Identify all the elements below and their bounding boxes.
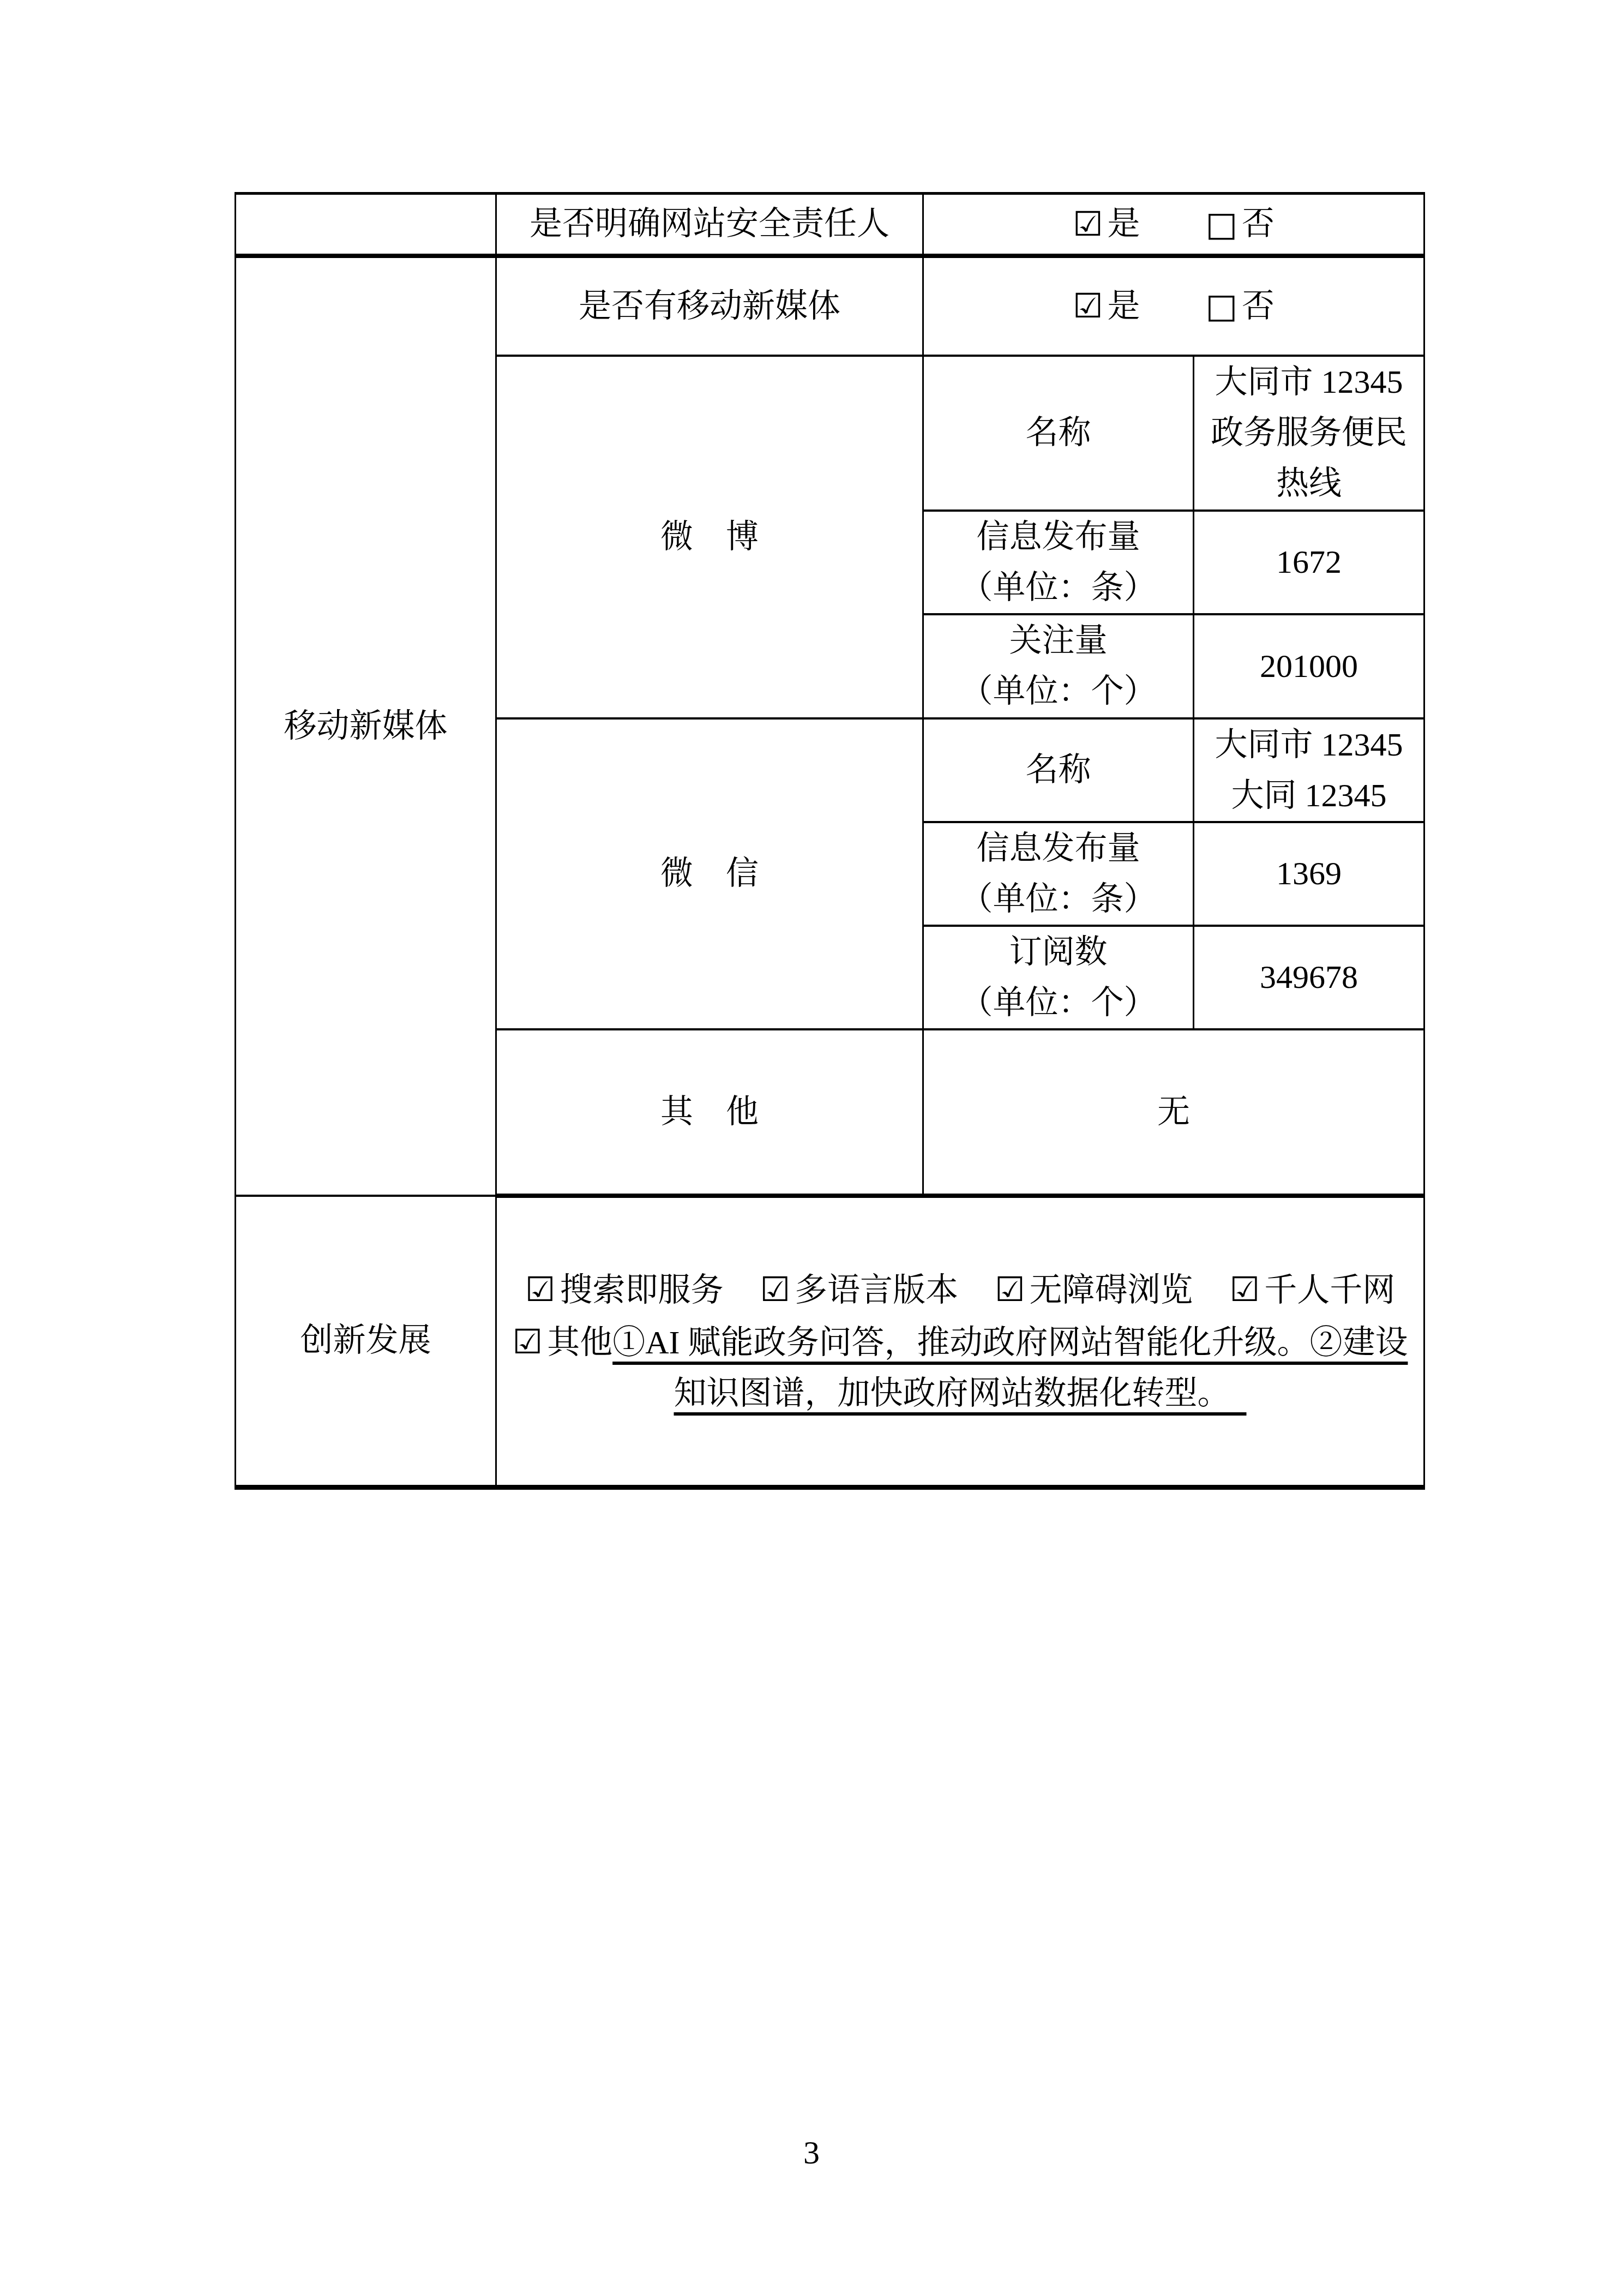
checkbox-unchecked-icon: □ [1206, 280, 1238, 332]
wechat-name-label: 名称 [923, 718, 1194, 822]
innovation-option: ☑搜索即服务 [525, 1272, 724, 1308]
innovation-option-label: 多语言版本 [795, 1272, 958, 1308]
innovation-option-label: 千人千网 [1264, 1272, 1395, 1308]
security-no-option: □否 [1206, 198, 1275, 250]
table-row-security: 是否明确网站安全责任人 ☑是 □否 [236, 194, 1424, 256]
security-group-cell-empty [236, 194, 496, 256]
checkbox-checked-icon: ☑ [1073, 280, 1103, 332]
security-question-label: 是否明确网站安全责任人 [496, 194, 923, 256]
wechat-posts-value: 1369 [1194, 822, 1424, 926]
page-number: 3 [0, 2134, 1623, 2172]
innovation-option-label: 无障碍浏览 [1030, 1272, 1193, 1308]
checkbox-checked-icon: ☑ [525, 1269, 556, 1309]
weibo-followers-value: 201000 [1194, 614, 1424, 718]
document-page: 是否明确网站安全责任人 ☑是 □否 移动新媒体 是否有移动新媒体 ☑是 □否 微… [0, 0, 1623, 2296]
security-yes-option: ☑是 [1073, 198, 1140, 250]
mobile-no-option: □否 [1206, 280, 1275, 332]
innovation-content-cell: ☑搜索即服务 ☑多语言版本 ☑无障碍浏览 ☑千人千网 ☑其他①AI 赋能政务问答… [496, 1196, 1424, 1488]
weibo-posts-label: 信息发布量 （单位：条） [923, 511, 1194, 614]
checkbox-checked-icon: ☑ [1230, 1269, 1260, 1309]
wechat-subscribers-value: 349678 [1194, 926, 1424, 1029]
innovation-other-detail: ①AI 赋能政务问答，推动政府网站智能化升级。②建设 知识图谱，加快政府网站数据… [612, 1324, 1408, 1411]
innovation-option: ☑无障碍浏览 [995, 1272, 1193, 1308]
checkbox-checked-icon: ☑ [513, 1322, 543, 1362]
weibo-followers-label: 关注量 （单位：个） [923, 614, 1194, 718]
other-media-value: 无 [923, 1029, 1424, 1196]
checkbox-checked-icon: ☑ [760, 1269, 790, 1309]
yes-label: 是 [1108, 199, 1140, 249]
checkbox-checked-icon: ☑ [995, 1269, 1025, 1309]
innovation-group-label: 创新发展 [236, 1196, 496, 1488]
weibo-group-label: 微 博 [496, 356, 923, 718]
weibo-name-value: 大同市 12345 政务服务便民 热线 [1194, 356, 1424, 511]
weibo-posts-value: 1672 [1194, 511, 1424, 614]
annual-report-table: 是否明确网站安全责任人 ☑是 □否 移动新媒体 是否有移动新媒体 ☑是 □否 微… [235, 192, 1425, 1490]
table-row-mobile-presence: 移动新媒体 是否有移动新媒体 ☑是 □否 [236, 256, 1424, 356]
innovation-option-label: 搜索即服务 [560, 1272, 723, 1308]
innovation-option: ☑千人千网 [1230, 1272, 1396, 1308]
other-media-label: 其 他 [496, 1029, 923, 1196]
wechat-posts-label: 信息发布量 （单位：条） [923, 822, 1194, 926]
no-label: 否 [1242, 281, 1275, 332]
no-label: 否 [1242, 199, 1275, 249]
checkbox-unchecked-icon: □ [1206, 198, 1238, 250]
wechat-subscribers-label: 订阅数 （单位：个） [923, 926, 1194, 1029]
yes-label: 是 [1108, 281, 1140, 332]
innovation-other-line: ☑其他①AI 赋能政务问答，推动政府网站智能化升级。②建设 知识图谱，加快政府网… [497, 1316, 1423, 1419]
weibo-name-label: 名称 [923, 356, 1194, 511]
wechat-group-label: 微 信 [496, 718, 923, 1029]
innovation-other-label: 其他 [547, 1324, 612, 1360]
checkbox-checked-icon: ☑ [1073, 198, 1103, 250]
mobile-yes-option: ☑是 [1073, 280, 1140, 332]
innovation-options-line: ☑搜索即服务 ☑多语言版本 ☑无障碍浏览 ☑千人千网 [497, 1263, 1423, 1316]
mobile-presence-answer-cell: ☑是 □否 [923, 256, 1424, 356]
mobile-presence-label: 是否有移动新媒体 [496, 256, 923, 356]
innovation-option: ☑多语言版本 [760, 1272, 958, 1308]
security-answer-cell: ☑是 □否 [923, 194, 1424, 256]
table-row-innovation: 创新发展 ☑搜索即服务 ☑多语言版本 ☑无障碍浏览 ☑千人千网 ☑其他①AI 赋… [236, 1196, 1424, 1488]
mobile-media-group-label: 移动新媒体 [236, 256, 496, 1196]
wechat-name-value: 大同市 12345 大同 12345 [1194, 718, 1424, 822]
